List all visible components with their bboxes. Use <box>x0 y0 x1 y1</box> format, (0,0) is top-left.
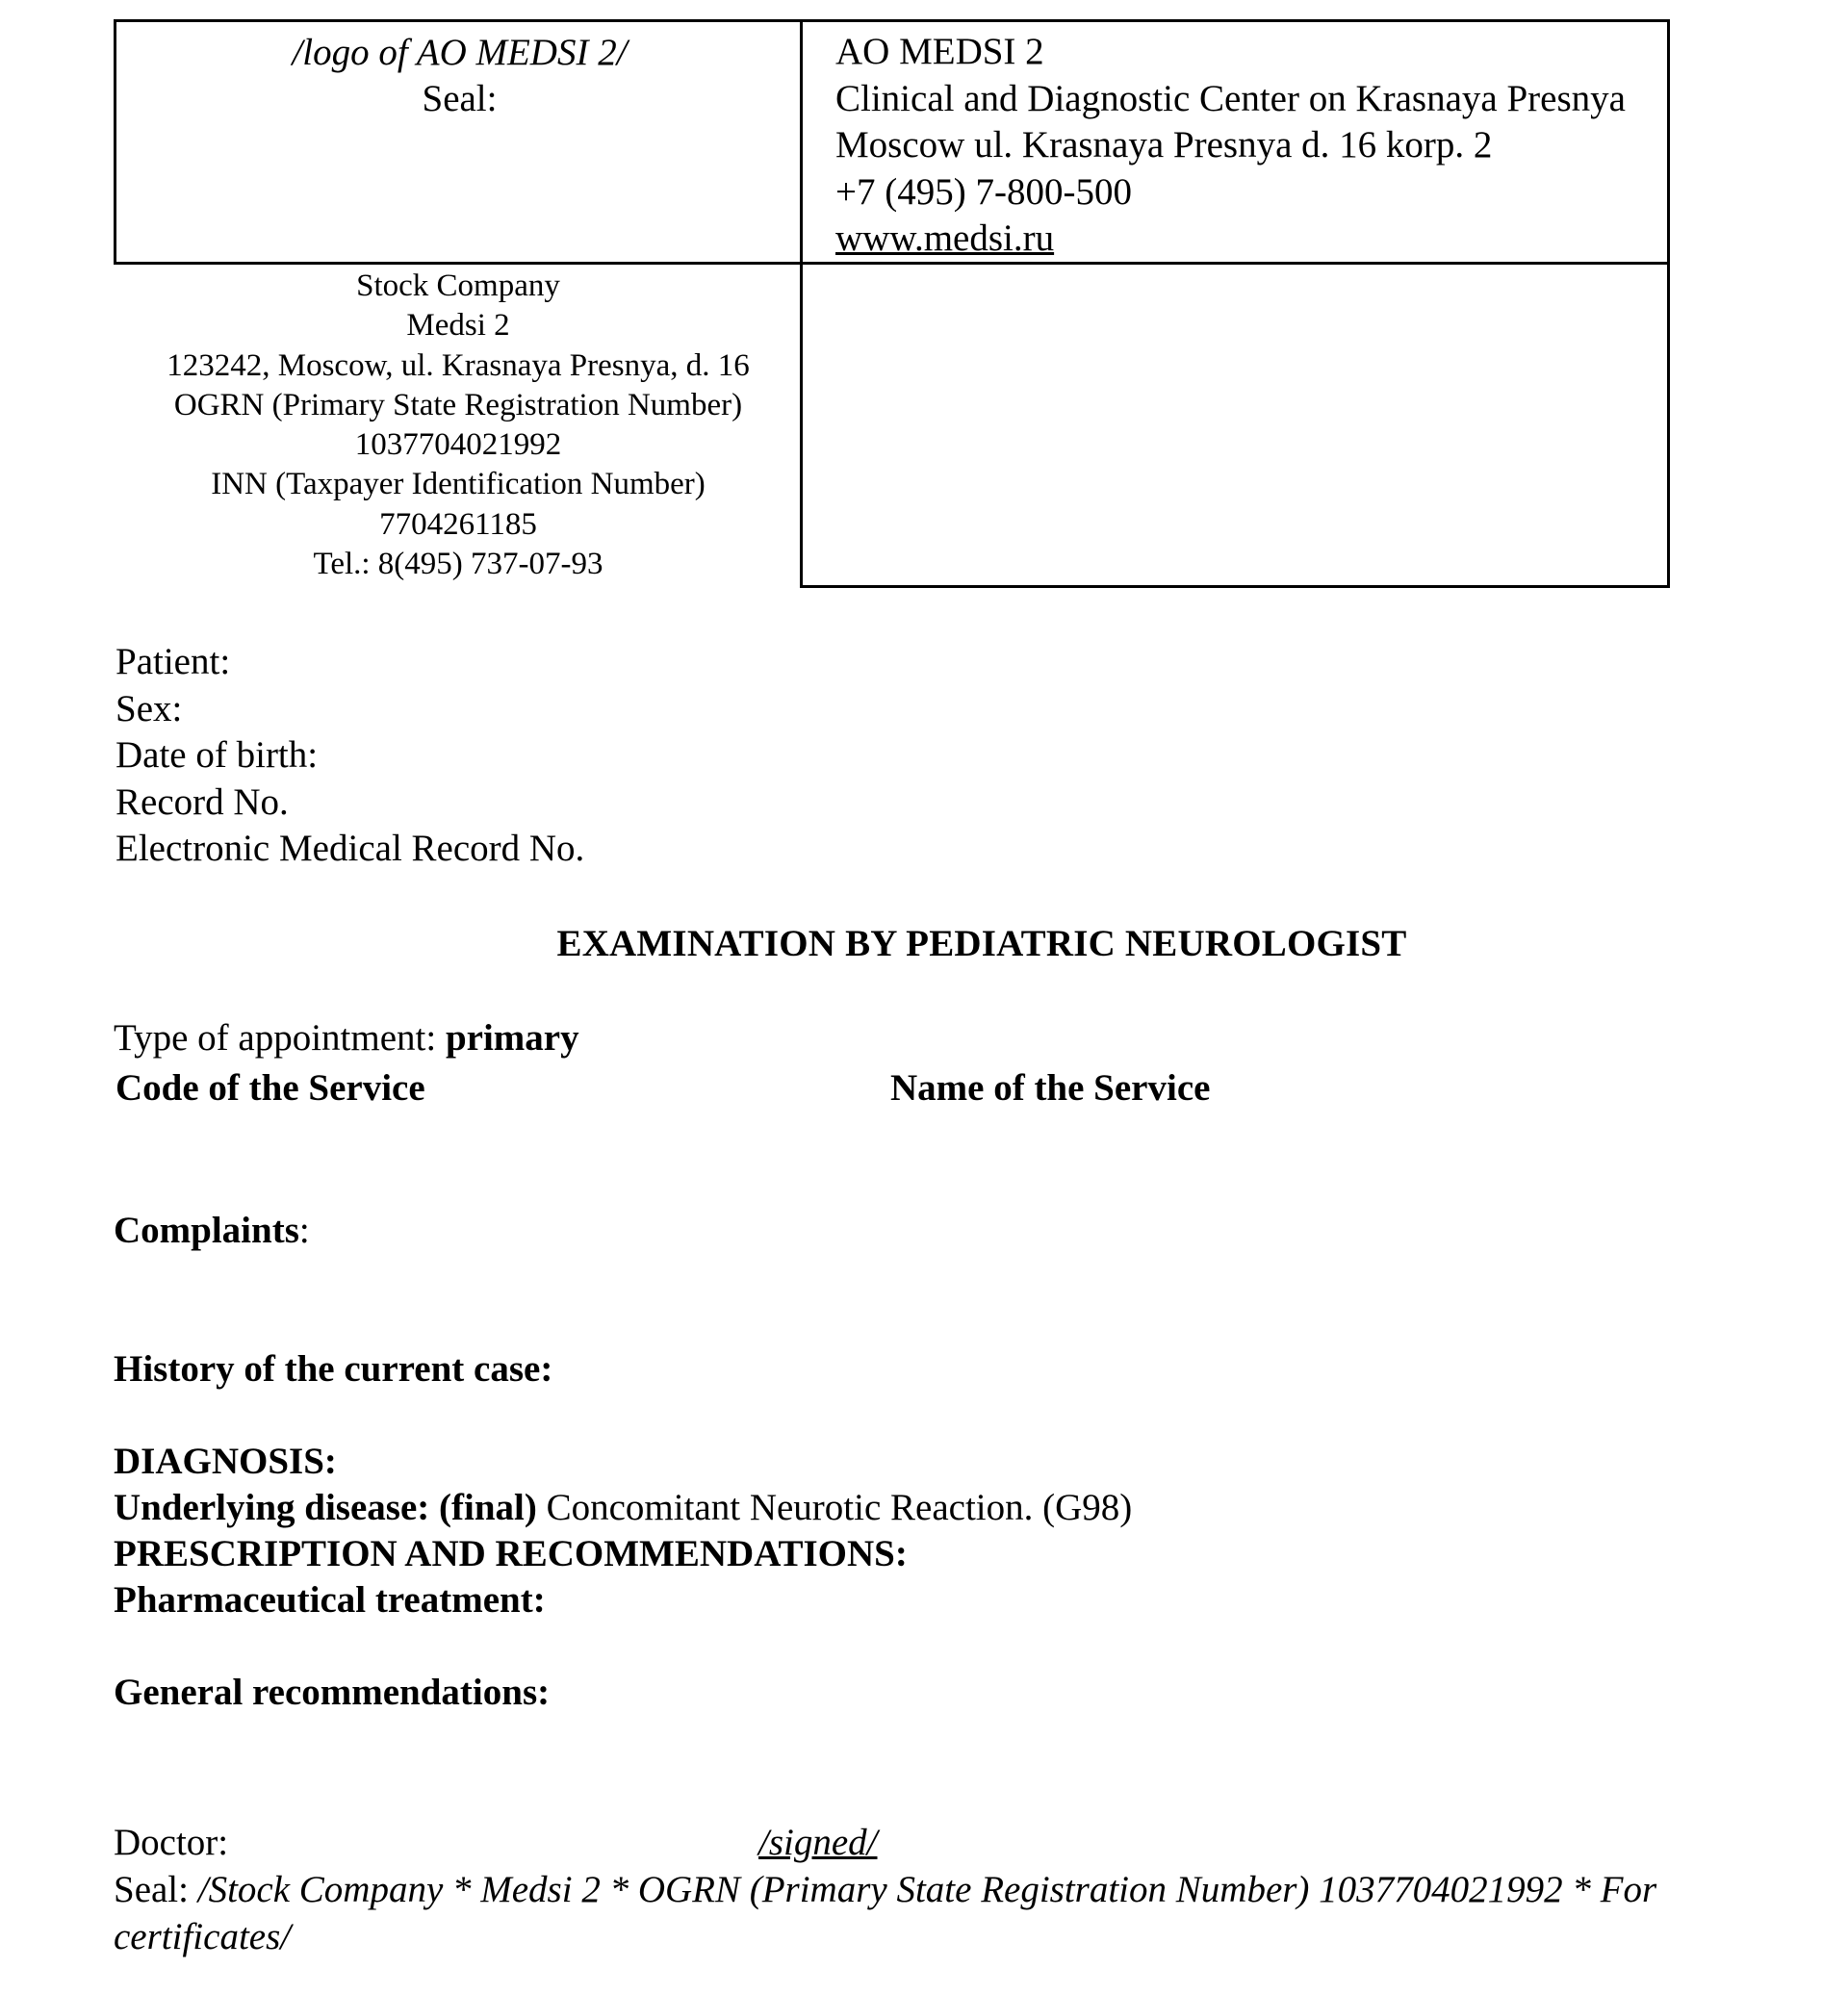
org-phone: +7 (495) 7-800-500 <box>835 169 1667 217</box>
company-line: 123242, Moscow, ul. Krasnaya Presnya, d.… <box>114 346 803 386</box>
underlying-value: Concomitant Neurotic Reaction. (G98) <box>547 1487 1133 1528</box>
logo-placeholder: /logo of AO MEDSI 2/ <box>116 30 803 76</box>
company-line: Tel.: 8(495) 737-07-93 <box>114 545 803 584</box>
letterhead-table: /logo of AO MEDSI 2/ Seal: AO MEDSI 2 Cl… <box>114 19 1670 588</box>
company-details-cell: Stock Company Medsi 2 123242, Moscow, ul… <box>114 265 803 588</box>
empty-cell <box>800 262 1670 588</box>
org-name: AO MEDSI 2 <box>835 29 1667 76</box>
service-code-header: Code of the Service <box>115 1066 425 1110</box>
company-line: OGRN (Primary State Registration Number) <box>114 386 803 425</box>
company-line: Stock Company <box>114 267 803 306</box>
complaints-colon: : <box>299 1210 310 1251</box>
company-line: 1037704021992 <box>114 425 803 465</box>
org-info-cell: AO MEDSI 2 Clinical and Diagnostic Cente… <box>800 19 1670 265</box>
appointment-label: Type of appointment: <box>114 1017 436 1059</box>
record-label: Record No. <box>115 780 584 827</box>
underlying-label: Underlying disease: (final) <box>114 1487 537 1528</box>
org-center: Clinical and Diagnostic Center on Krasna… <box>835 76 1667 123</box>
history-label: History of the current case: <box>114 1347 552 1391</box>
doctor-label: Doctor: <box>114 1821 228 1864</box>
service-name-header: Name of the Service <box>890 1066 1210 1110</box>
company-line: INN (Taxpayer Identification Number) <box>114 465 803 504</box>
logo-cell: /logo of AO MEDSI 2/ Seal: <box>114 19 803 265</box>
footer-seal-text: /Stock Company * Medsi 2 * OGRN (Primary… <box>114 1869 1656 1957</box>
appointment-type: Type of appointment: primary <box>114 1016 579 1060</box>
underlying-disease: Underlying disease: (final) Concomitant … <box>114 1486 1132 1529</box>
emr-label: Electronic Medical Record No. <box>115 826 584 873</box>
dob-label: Date of birth: <box>115 732 584 780</box>
company-line: 7704261185 <box>114 505 803 545</box>
prescription-label: PRESCRIPTION AND RECOMMENDATIONS: <box>114 1532 908 1575</box>
complaints-label: Complaints <box>114 1210 299 1251</box>
complaints: Complaints: <box>114 1209 310 1252</box>
footer-seal-label: Seal: <box>114 1869 189 1910</box>
diagnosis-label: DIAGNOSIS: <box>114 1440 337 1483</box>
seal-label: Seal: <box>116 76 803 122</box>
sex-label: Sex: <box>115 686 584 733</box>
org-website-link[interactable]: www.medsi.ru <box>835 216 1667 263</box>
patient-label: Patient: <box>115 639 584 686</box>
org-address: Moscow ul. Krasnaya Presnya d. 16 korp. … <box>835 122 1667 169</box>
general-recommendations-label: General recommendations: <box>114 1671 550 1714</box>
pharma-label: Pharmaceutical treatment: <box>114 1578 546 1622</box>
company-line: Medsi 2 <box>114 306 803 345</box>
footer-seal: Seal: /Stock Company * Medsi 2 * OGRN (P… <box>114 1867 1769 1960</box>
patient-info: Patient: Sex: Date of birth: Record No. … <box>115 639 584 873</box>
appointment-value: primary <box>446 1017 579 1059</box>
page-title: EXAMINATION BY PEDIATRIC NEUROLOGIST <box>0 922 1848 965</box>
signature: /signed/ <box>758 1821 878 1864</box>
